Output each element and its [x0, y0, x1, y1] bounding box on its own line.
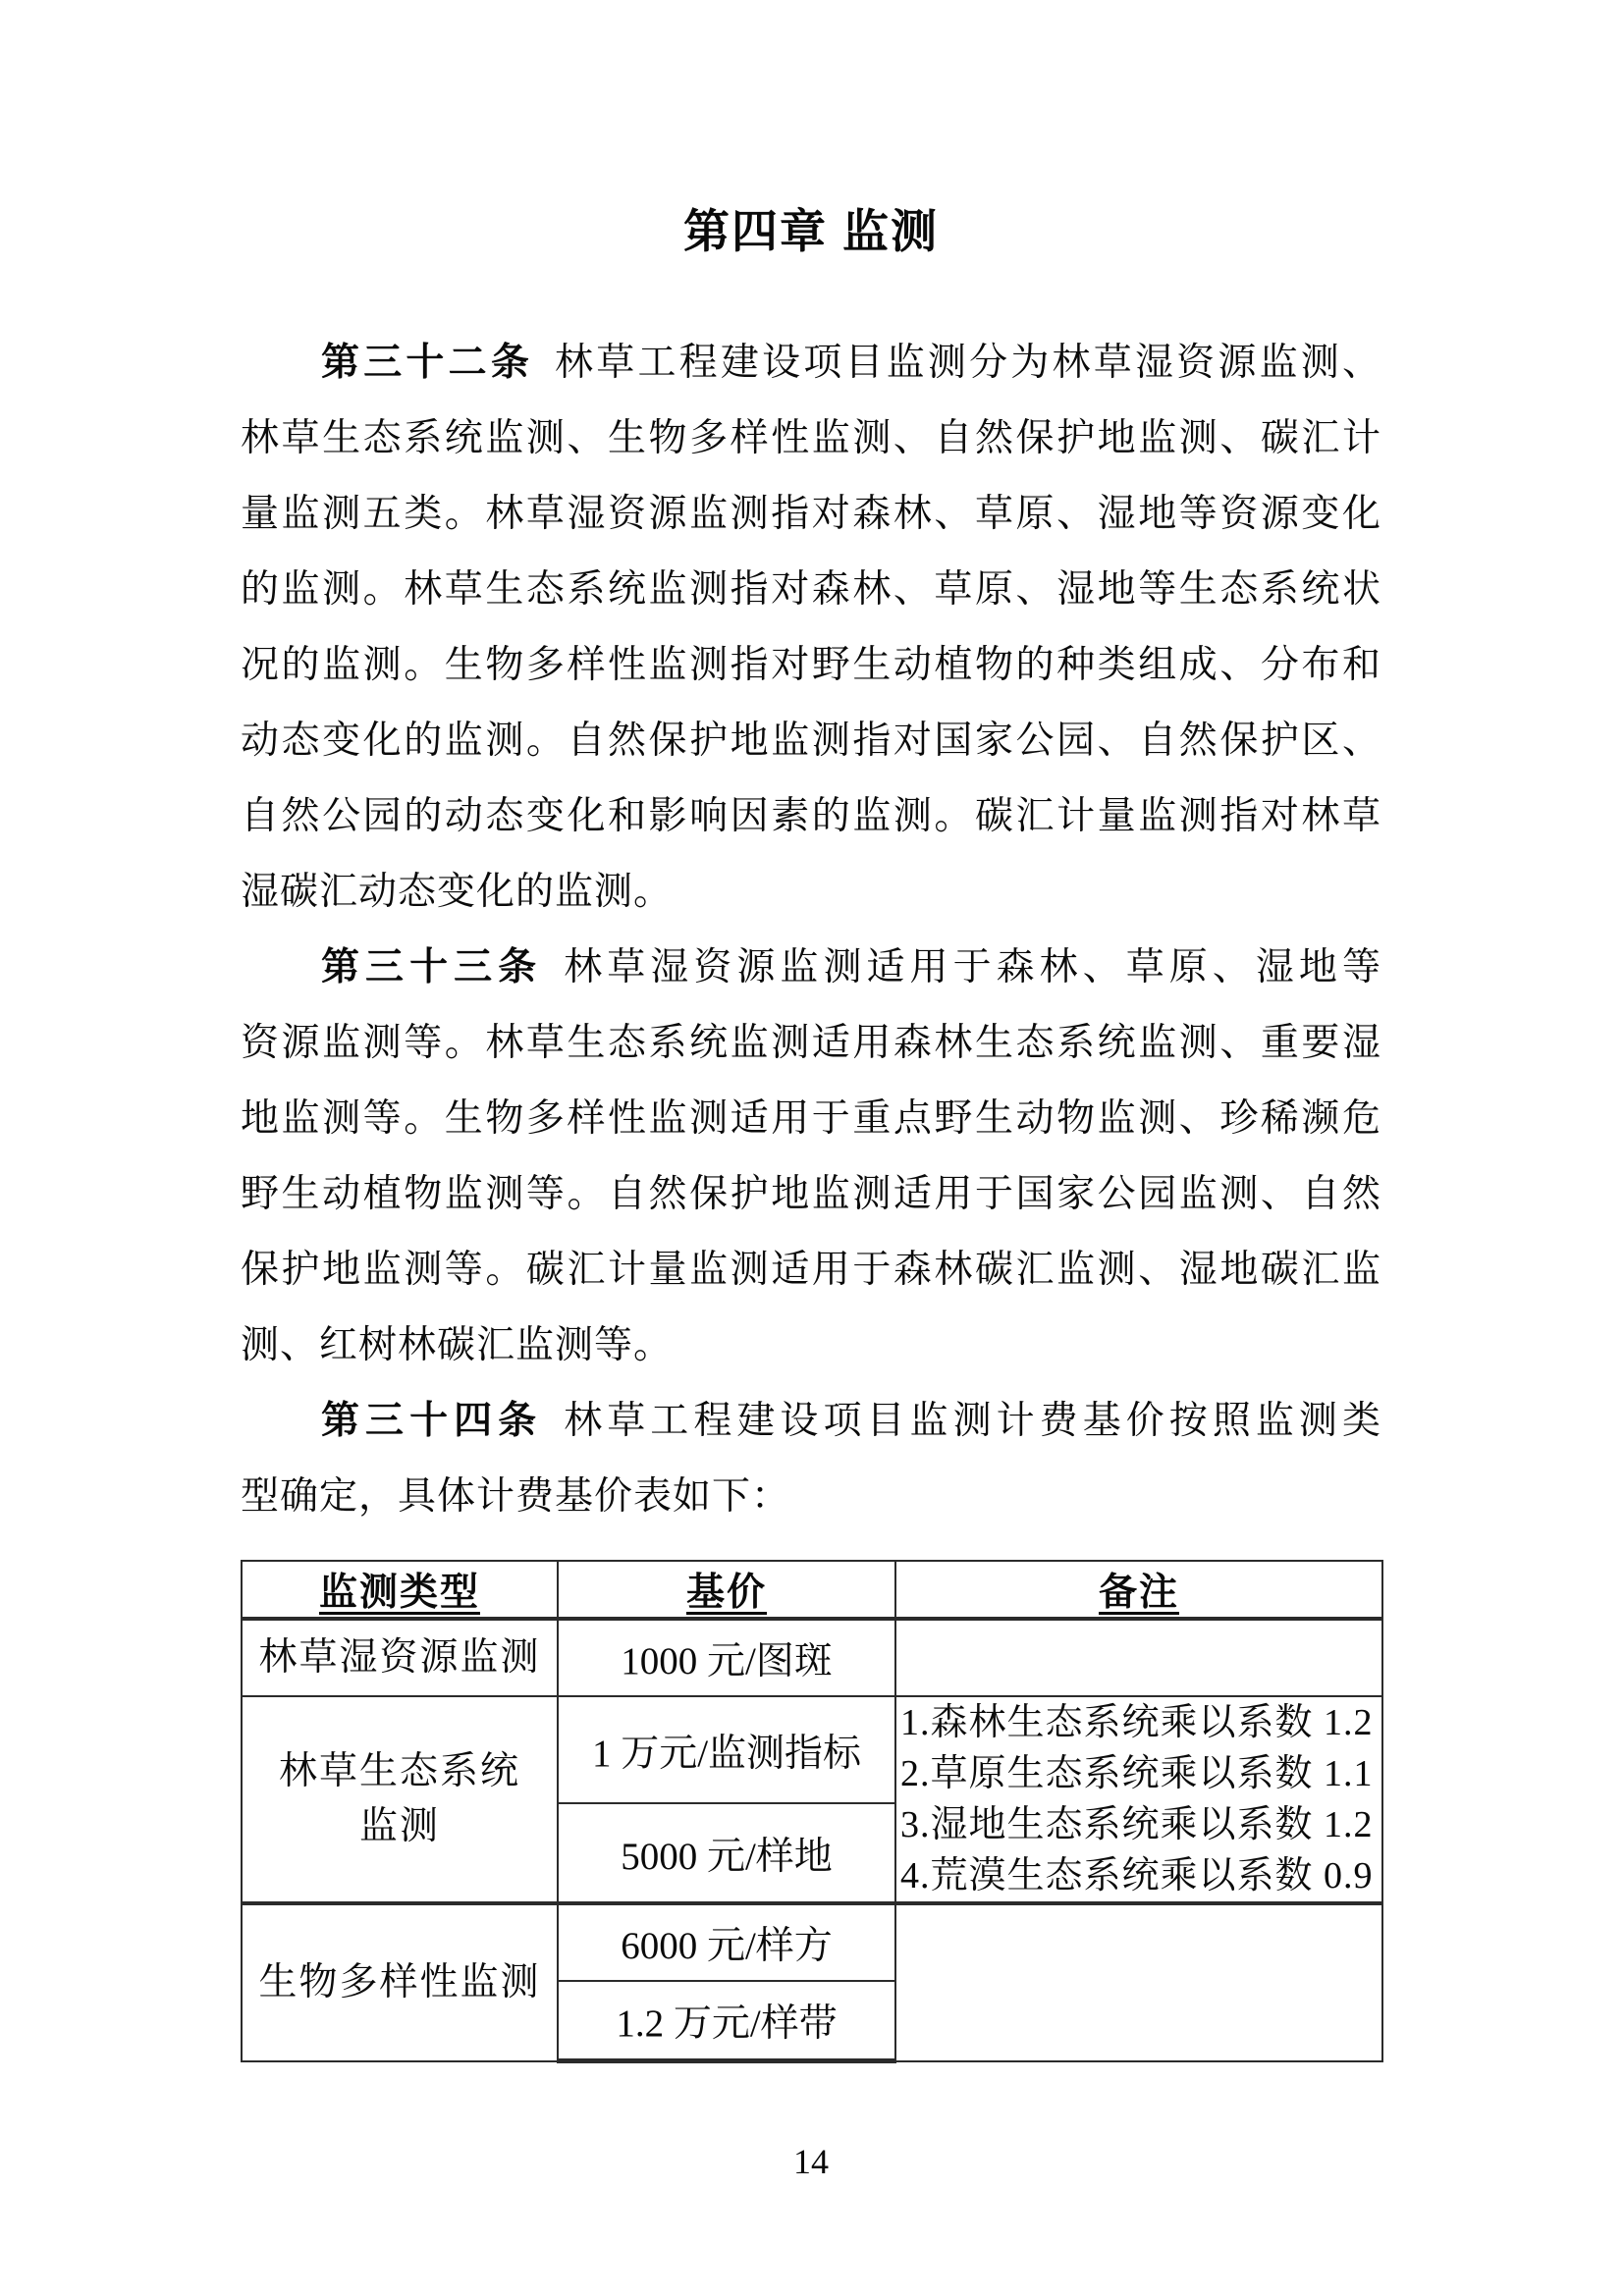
- body-line: 况的监测。生物多样性监测指对野生动植物的种类组成、分布和: [241, 627, 1381, 703]
- chapter-title: 第四章 监测: [241, 201, 1381, 262]
- body-line: 资源监测等。林草生态系统监测适用森林生态系统监测、重要湿: [241, 1005, 1381, 1081]
- body-line: 第三十四条林草工程建设项目监测计费基价按照监测类: [241, 1383, 1381, 1459]
- body-line: 林草生态系统监测、生物多样性监测、自然保护地监测、碳汇计: [241, 400, 1381, 476]
- article-number: 第三十二条: [321, 342, 533, 384]
- cell-base-price: 1000 元/图斑: [558, 1619, 895, 1696]
- cell-base-price: 1.2 万元/样带: [558, 1981, 895, 2061]
- body-line: 保护地监测等。碳汇计量监测适用于森林碳汇监测、湿地碳汇监: [241, 1232, 1381, 1308]
- table-row: 林草湿资源监测 1000 元/图斑: [242, 1619, 1382, 1696]
- cell-base-price: 6000 元/样方: [558, 1903, 895, 1981]
- body-line: 自然公园的动态变化和影响因素的监测。碳汇计量监测指对林草: [241, 778, 1381, 854]
- column-header-remark: 备注: [895, 1561, 1382, 1619]
- cell-remark: 1.森林生态系统乘以系数 1.2 2.草原生态系统乘以系数 1.1 3.湿地生态…: [895, 1696, 1382, 1903]
- body-line: 湿碳汇动态变化的监测。: [241, 854, 1381, 930]
- cell-monitor-type: 生物多样性监测: [242, 1903, 558, 2061]
- fee-base-price-table: 监测类型 基价 备注 林草湿资源监测 1000 元/图斑 林草生态系统 监测 1…: [241, 1560, 1383, 2063]
- body-line: 地监测等。生物多样性监测适用于重点野生动物监测、珍稀濒危: [241, 1081, 1381, 1156]
- body-line: 的监测。林草生态系统监测指对森林、草原、湿地等生态系统状: [241, 552, 1381, 627]
- table-row: 林草生态系统 监测 1 万元/监测指标 1.森林生态系统乘以系数 1.2 2.草…: [242, 1696, 1382, 1803]
- body-line: 第三十三条林草湿资源监测适用于森林、草原、湿地等: [241, 930, 1381, 1005]
- body-line: 测、红树林碳汇监测等。: [241, 1308, 1381, 1383]
- article-number: 第三十三条: [321, 946, 542, 988]
- body-line: 动态变化的监测。自然保护地监测指对国家公园、自然保护区、: [241, 703, 1381, 778]
- body-line: 量监测五类。林草湿资源监测指对森林、草原、湿地等资源变化: [241, 476, 1381, 552]
- column-header-monitor-type: 监测类型: [242, 1561, 558, 1619]
- body-line: 野生动植物监测等。自然保护地监测适用于国家公园监测、自然: [241, 1156, 1381, 1232]
- column-header-base-price: 基价: [558, 1561, 895, 1619]
- article-number: 第三十四条: [321, 1400, 542, 1442]
- cell-base-price: 5000 元/样地: [558, 1803, 895, 1903]
- document-page: 第四章 监测 第三十二条林草工程建设项目监测分为林草湿资源监测、林草生态系统监测…: [0, 0, 1624, 2296]
- cell-remark: [895, 1619, 1382, 1696]
- body-text: 第三十二条林草工程建设项目监测分为林草湿资源监测、林草生态系统监测、生物多样性监…: [241, 325, 1381, 1534]
- cell-base-price: 1 万元/监测指标: [558, 1696, 895, 1803]
- table-header-row: 监测类型 基价 备注: [242, 1561, 1382, 1619]
- table-row: 生物多样性监测 6000 元/样方: [242, 1903, 1382, 1981]
- body-line: 第三十二条林草工程建设项目监测分为林草湿资源监测、: [241, 325, 1381, 400]
- page-content: 第四章 监测 第三十二条林草工程建设项目监测分为林草湿资源监测、林草生态系统监测…: [241, 201, 1381, 2183]
- page-number: 14: [241, 2140, 1381, 2183]
- cell-remark: [895, 1903, 1382, 2061]
- cell-monitor-type: 林草生态系统 监测: [242, 1696, 558, 1903]
- body-line: 型确定，具体计费基价表如下：: [241, 1459, 1381, 1534]
- cell-monitor-type: 林草湿资源监测: [242, 1619, 558, 1696]
